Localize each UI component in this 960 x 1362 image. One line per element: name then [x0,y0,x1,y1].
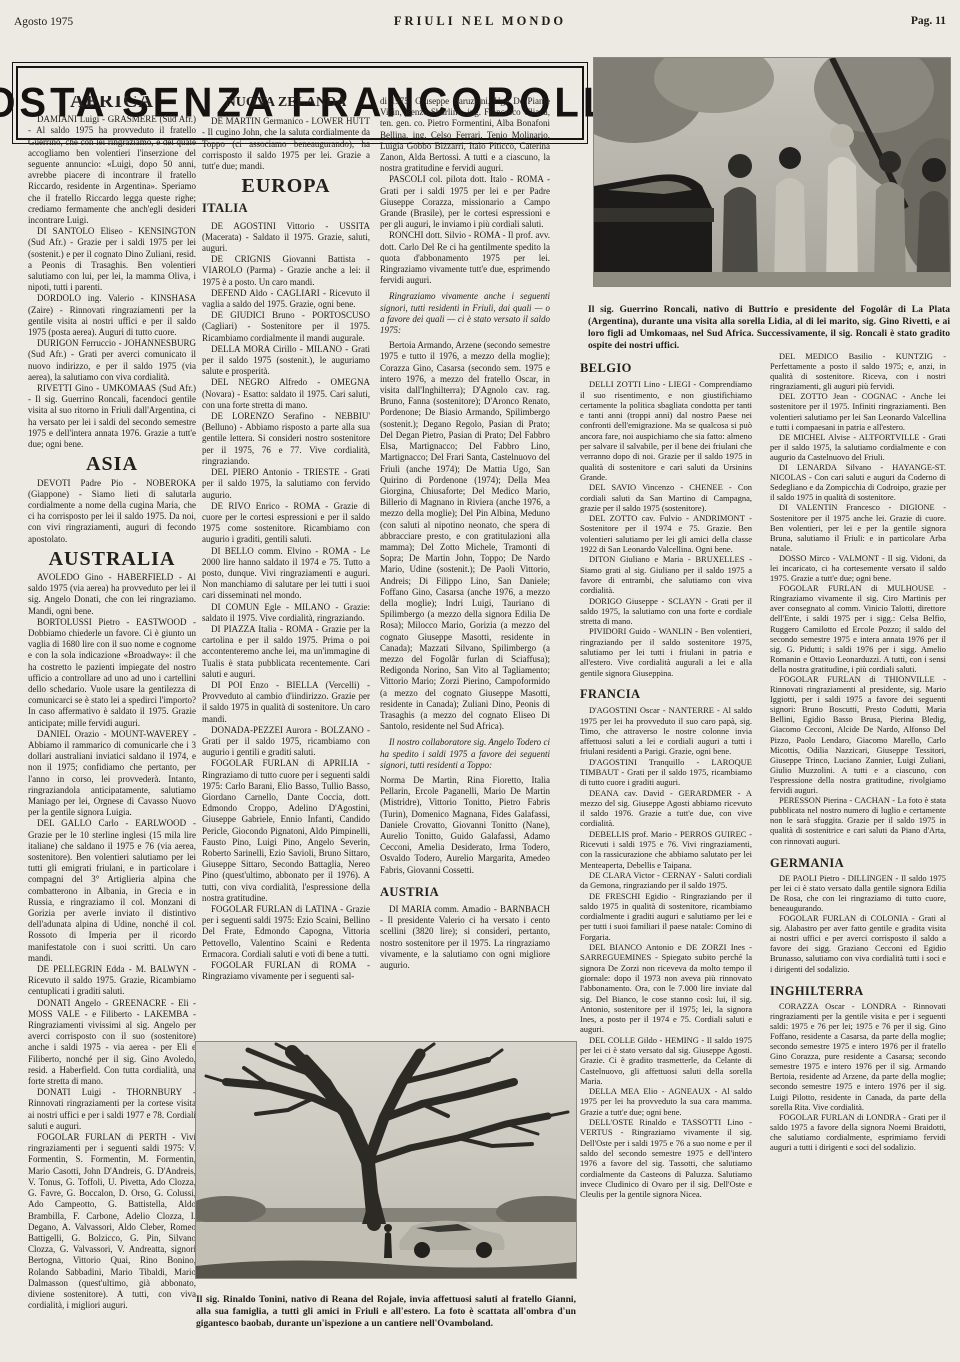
article-paragraph: DE RIVO Enrico - ROMA - Grazie di cuore … [202,501,370,546]
article-paragraph: Il nostro collaboratore sig. Angelo Tode… [380,737,550,771]
article-paragraph: DELL'OSTE Rinaldo e TASSOTTI Lino - VERT… [580,1117,752,1199]
newspaper-col-4: BELGIODELLI ZOTTI Lino - LIEGI - Compren… [580,352,752,1358]
article-paragraph: DE PELLEGRIN Edda - M. BALWYN - Ricevuto… [28,964,196,998]
article-paragraph: FOGOLAR FURLAN di LONDRA - Grati per il … [770,1113,946,1153]
article-paragraph: FOGOLAR FURLAN di COLONIA - Grati al sig… [770,914,946,975]
article-paragraph: DE GIUDICI Bruno - PORTOSCUSO (Cagliari)… [202,310,370,344]
section-header: AUSTRALIA [28,554,196,565]
article-paragraph: DORDOLO ing. Valerio - KINSHASA (Zaire) … [28,293,196,338]
article-paragraph: DI POI Enzo - BIELLA (Vercelli) - Provve… [202,680,370,725]
masthead-title: FRIULI NEL MONDO [14,14,946,29]
article-paragraph: AVOLEDO Gino - HABERFIELD - Al saldo 197… [28,572,196,617]
article-paragraph: DEL ZOTTO Jean - COGNAC - Anche lei sost… [770,392,946,432]
page-header: Agosto 1975 FRIULI NEL MONDO Pag. 11 [14,14,946,34]
article-paragraph: PERESSON Pierina - CACHAN - La foto è st… [770,796,946,846]
article-paragraph: DI PIAZZA Italia - ROMA - Grazie per la … [202,624,370,680]
article-paragraph: DE CRIGNIS Giovanni Battista - VIAROLO (… [202,254,370,288]
article-paragraph: DE CLARA Victor - CERNAY - Saluti cordia… [580,870,752,891]
section-header: AUSTRIA [380,887,550,898]
article-paragraph: D'AGOSTINI Tranquillo - LAROQUE TIMBAUT … [580,757,752,788]
newspaper-col-3: di 1975: Giuseppe Baruzzini, Ugo De Pian… [380,96,550,1044]
article-paragraph: FOGOLAR FURLAN di PERTH - Vivi ringrazia… [28,1132,196,1311]
article-paragraph: DONATI Angelo - GREENACRE - Eli - MOSS V… [28,998,196,1088]
article-paragraph: FOGOLAR FURLAN di ROMA - Ringraziamo viv… [202,960,370,982]
article-paragraph: Norma De Martin, Rina Fioretto, Italia P… [380,775,550,876]
article-paragraph: DE FRESCHI Egidio - Ringraziando per il … [580,891,752,942]
section-header: FRANCIA [580,689,752,699]
article-paragraph: D'AGOSTINI Oscar - NANTERRE - Al saldo 1… [580,705,752,756]
article-paragraph: DEBELLIS prof. Mario - PERROS GUIREC - R… [580,829,752,870]
article-paragraph: DEL COLLE Gildo - HEMING - Il saldo 1975… [580,1035,752,1086]
article-paragraph: DONADA-PEZZEI Aurora - BOLZANO - Grati p… [202,725,370,759]
article-paragraph: DURIGON Ferruccio - JOHANNESBURG (Sud Af… [28,338,196,383]
newspaper-col-1: AFRICADAMIANI Luigi - GRASMERE (Sud Afr.… [28,96,196,1354]
section-header: EUROPA [202,181,370,192]
section-header: ITALIA [202,203,370,214]
article-paragraph: DEL SAVIO Vincenzo - CHENEE - Con cordia… [580,482,752,513]
article-paragraph: Bertoia Armando, Arzene (secondo semestr… [380,340,550,732]
article-paragraph: DITON Giuliano e Maria - BRUXELLES - Sia… [580,554,752,595]
article-paragraph: DEFEND Aldo - CAGLIARI - Ricevuto il vag… [202,288,370,310]
article-paragraph: DEL GALLO Carlo - EARLWOOD - Grazie per … [28,818,196,964]
article-paragraph: DI MARIA comm. Amadio - BARNBACH - Il pr… [380,904,550,971]
article-paragraph: DEL BIANCO Antonio e DE ZORZI Ines - SAR… [580,942,752,1035]
section-header: NUOVA ZELANDA [202,97,370,108]
article-paragraph: DAMIANI Luigi - GRASMERE (Sud Afr.) - Al… [28,114,196,226]
article-paragraph: FOGOLAR FURLAN di APRILIA - Ringraziamo … [202,758,370,904]
article-paragraph: RIVETTI Gino - UMKOMAAS (Sud Afr.) - Il … [28,383,196,450]
article-paragraph: DELLI ZOTTI Lino - LIEGI - Comprendiamo … [580,379,752,482]
article-paragraph: DOSSO Mirco - VALMONT - Il sig. Vidoni, … [770,554,946,584]
header-rule [8,42,952,45]
article-paragraph: Ringraziamo vivamente anche i seguenti s… [380,291,550,336]
article-paragraph: RONCHI dott. Silvio - ROMA - Il prof. av… [380,230,550,286]
article-paragraph: CORAZZA Oscar - LONDRA - Rinnovati ringr… [770,1002,946,1113]
article-paragraph: DANIEL Orazio - MOUNT-WAVEREY - Abbiamo … [28,729,196,819]
article-paragraph: DELLA MORA Cirillo - MILANO - Grati per … [202,344,370,378]
article-paragraph: DEL PIERO Antonio - TRIESTE - Grati per … [202,467,370,501]
group-photo-caption: Il sig. Guerrino Roncali, nativo di Butt… [588,304,950,353]
section-header: AFRICA [28,96,196,107]
article-paragraph: DI SANTOLO Eliseo - KENSINGTON (Sud Afr.… [28,226,196,293]
article-paragraph: DE AGOSTINI Vittorio - USSITA (Macerata)… [202,221,370,255]
article-paragraph: DEL ZOTTO cav. Fulvio - ANDRIMONT - Sost… [580,513,752,554]
article-paragraph: FOGOLAR FURLAN di LATINA - Grazie per i … [202,904,370,960]
article-paragraph: PASCOLI col. pilota dott. Italo - ROMA -… [380,174,550,230]
baobab-photo-caption: Il sig. Rinaldo Tonini, nativo di Reana … [196,1294,576,1331]
article-paragraph: FOGOLAR FURLAN di THIONVILLE - Rinnovati… [770,675,946,796]
newspaper-col-2: NUOVA ZELANDADE MARTIN Germanico - LOWER… [202,96,370,1038]
baobab-photo [196,1042,576,1278]
article-paragraph: di 1975: Giuseppe Baruzzini, Ugo De Pian… [380,96,550,174]
page-number: Pag. 11 [911,15,946,27]
newspaper-col-5: DEL MEDICO Basilio - KUNTZIG - Perfettam… [770,352,946,1358]
baobab-photo-image [196,1042,576,1278]
article-paragraph: DE MICHEL Alvise - ALTFORTVILLE - Grati … [770,433,946,463]
article-paragraph: DEL NEGRO Alfredo - OMEGNA (Novara) - Es… [202,377,370,411]
article-paragraph: DEL MEDICO Basilio - KUNTZIG - Perfettam… [770,352,946,392]
article-paragraph: DONATI Luigi - THORNBURY - Rinnovati rin… [28,1087,196,1132]
article-paragraph: DORIGO Giuseppe - SCLAYN - Grati per il … [580,596,752,627]
article-paragraph: DI BELLO comm. Elvino - ROMA - Le 2000 l… [202,546,370,602]
article-paragraph: DE PAOLI Pietro - DILLINGEN - Il saldo 1… [770,874,946,914]
group-photo-image [594,58,950,286]
article-paragraph: DI COMUN Egle - MILANO - Grazie: saldato… [202,602,370,624]
section-header: ASIA [28,459,196,470]
article-paragraph: PIVIDORI Guido - WANLIN - Ben volentieri… [580,626,752,677]
group-photo [594,58,950,286]
article-paragraph: DEANA cav. David - GERARDMER - A mezzo d… [580,788,752,829]
article-paragraph: DI VALENTIN Francesco - DIGIONE - Sosten… [770,503,946,553]
section-header: INGHILTERRA [770,986,946,996]
article-paragraph: DEVOTI Padre Pio - NOBEROKA (Giappone) -… [28,478,196,545]
article-paragraph: FOGOLAR FURLAN di MULHOUSE - Ringraziamo… [770,584,946,675]
article-paragraph: DI LENARDA Silvano - HAYANGE-ST. NICOLAS… [770,463,946,503]
section-header: GERMANIA [770,858,946,868]
article-paragraph: BORTOLUSSI Pietro - EASTWOOD - Dobbiamo … [28,617,196,729]
article-paragraph: DELLA MEA Elio - AGNEAUX - Al saldo 1975… [580,1086,752,1117]
article-paragraph: DE LORENZO Serafino - NEBBIU' (Belluno) … [202,411,370,467]
section-header: BELGIO [580,363,752,373]
article-paragraph: DE MARTIN Germanico - LOWER HUTT - Il cu… [202,116,370,172]
